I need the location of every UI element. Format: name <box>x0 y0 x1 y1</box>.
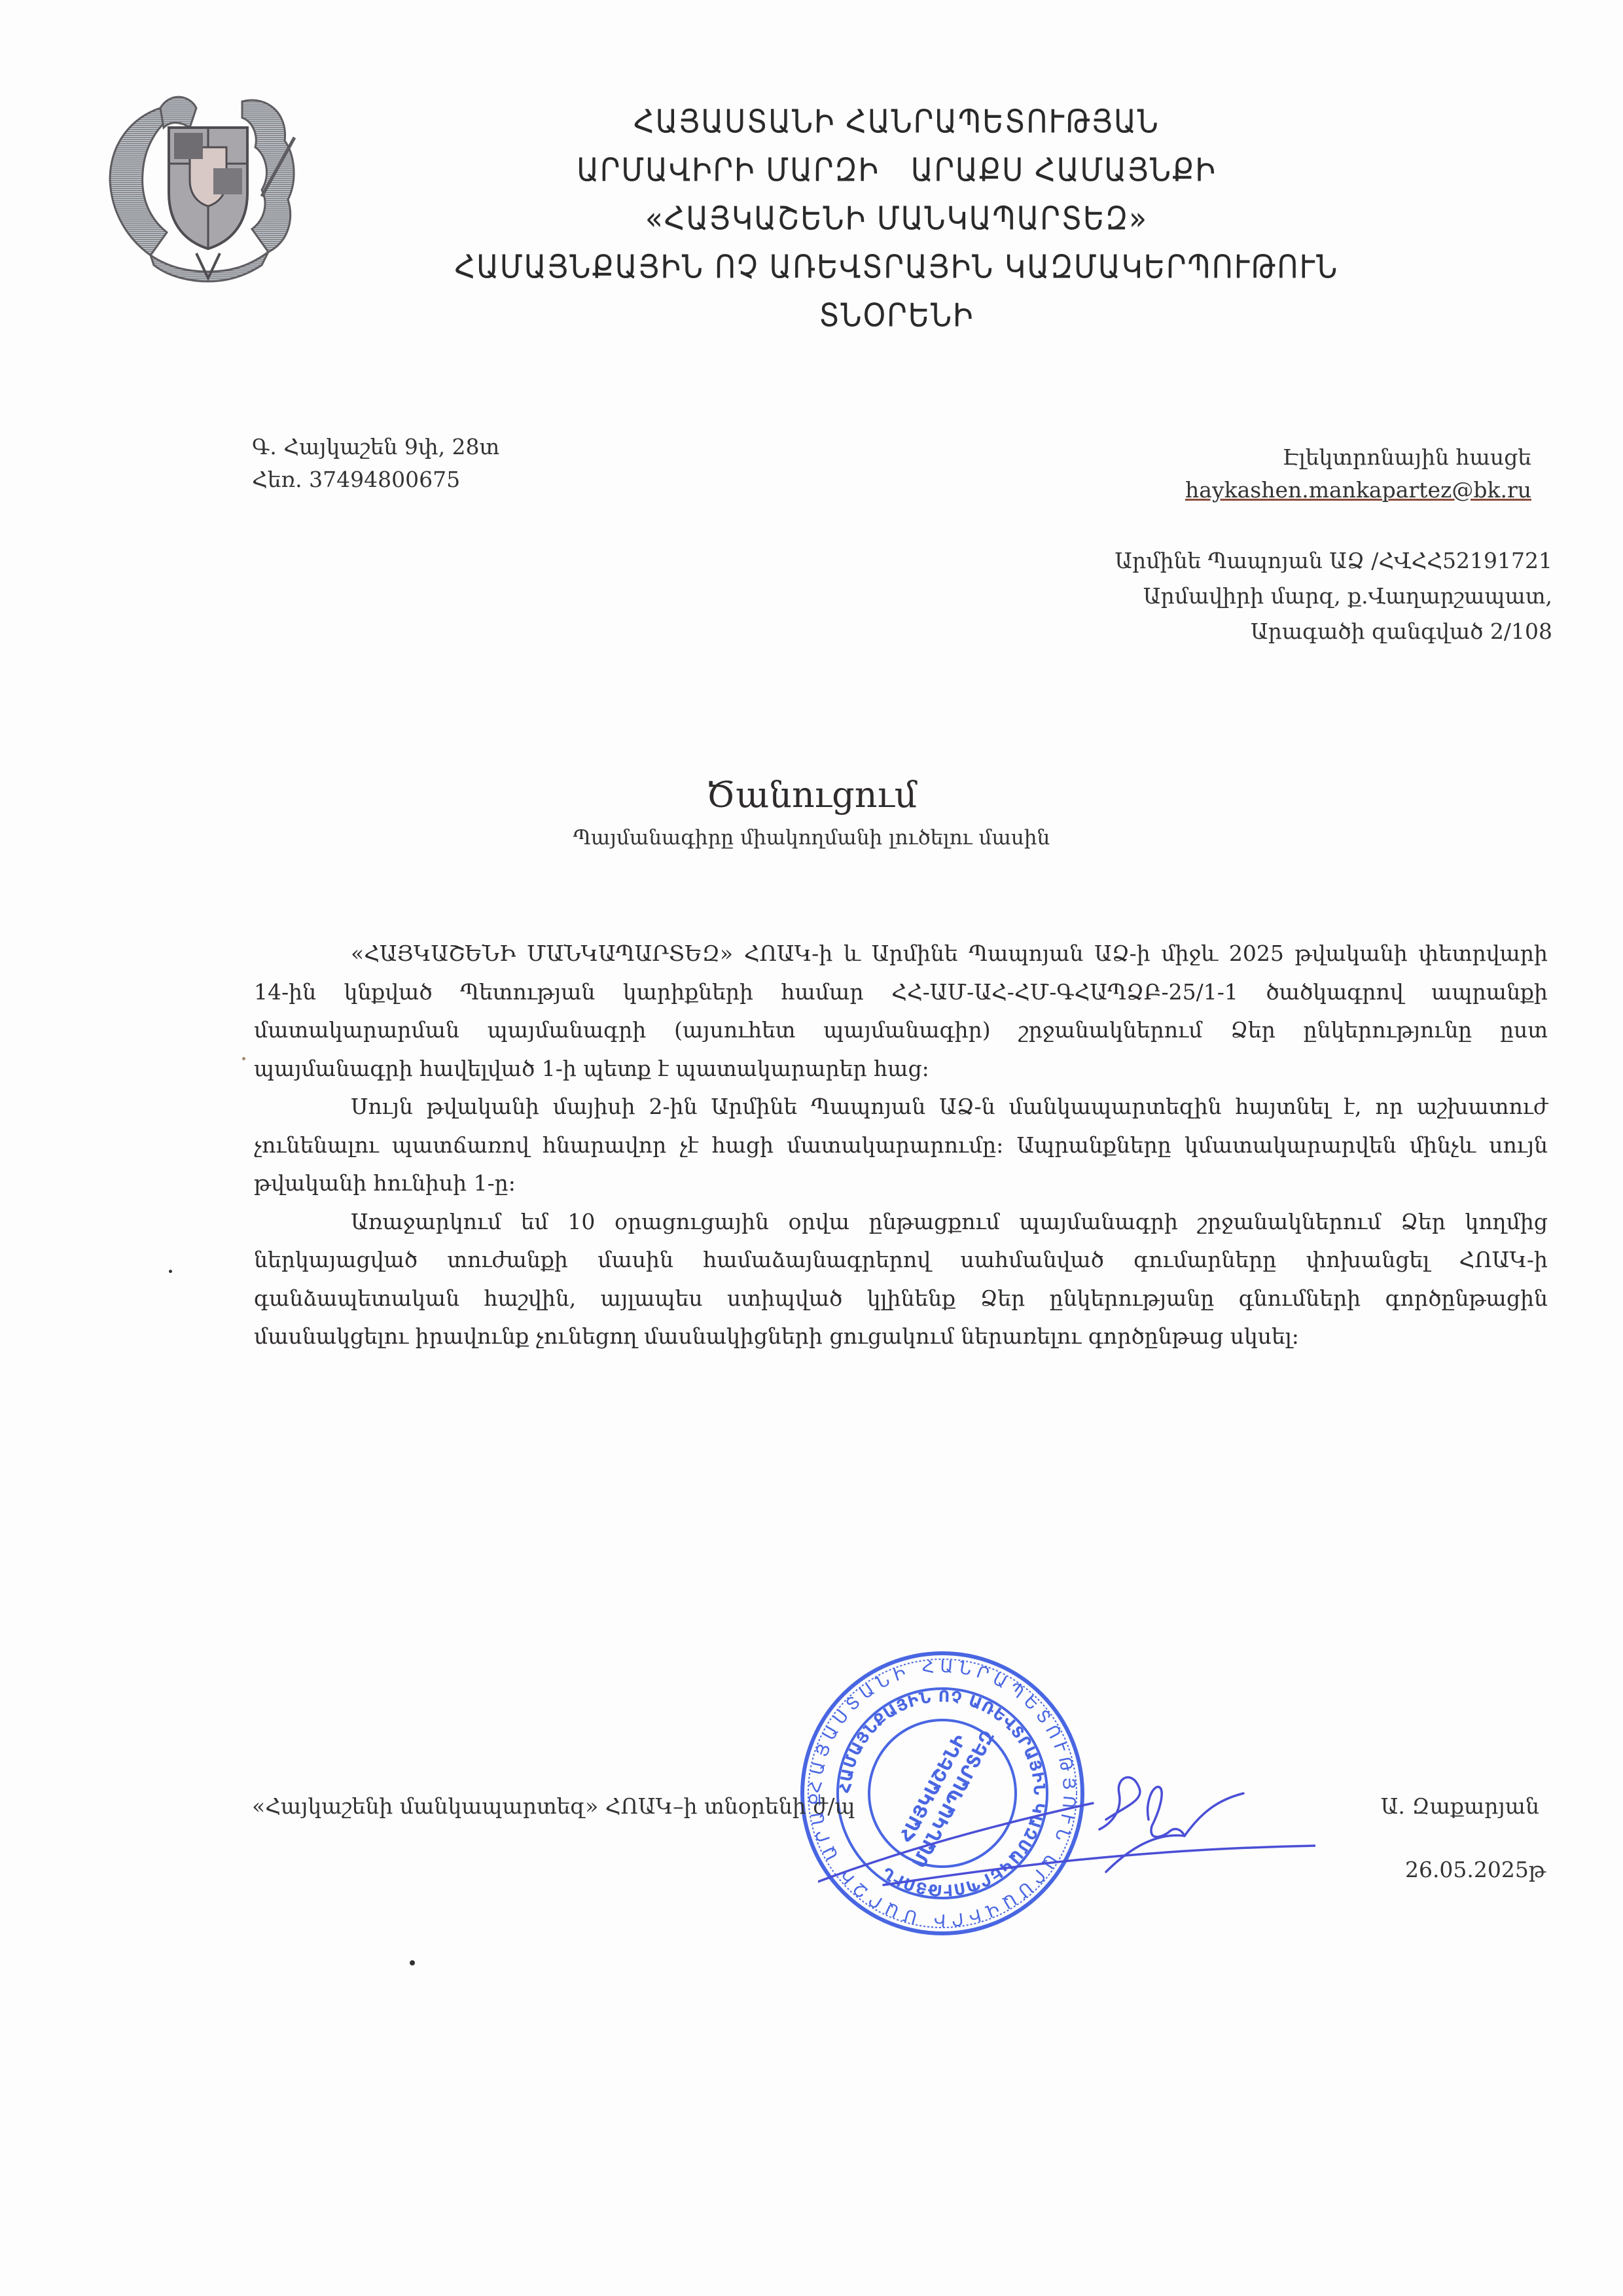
organization-header: ՀԱՅԱՍՏԱՆԻ ՀԱՆՐԱՊԵՏՈՒԹՅԱՆ ԱՐՄԱՎԻՐԻ ՄԱՐԶԻ … <box>366 98 1427 340</box>
header-line: ՏՆՕՐԵՆԻ <box>366 292 1427 340</box>
sender-email-block: Էլեկտրոնային հասցե haykashen.mankapartez… <box>1185 441 1531 507</box>
sender-contact: Գ. Հայկաշեն 9փ, 28տ Հեռ. 37494800675 <box>252 431 499 496</box>
armenia-coat-of-arms-icon <box>98 82 317 285</box>
email-link[interactable]: haykashen.mankapartez@bk.ru <box>1185 477 1531 503</box>
signatory-position: «Հայկաշենի մանկապարտեզ» ՀՈԱԿ–ի տնօրենի ժ… <box>252 1790 855 1823</box>
scan-speck <box>410 1960 415 1965</box>
header-line: «ՀԱՅԿԱՇԵՆԻ ՄԱՆԿԱՊԱՐՏԵԶ» <box>366 195 1427 243</box>
document-body: «ՀԱՅԿԱՇԵՆԻ ՄԱՆԿԱՊԱՐՏԵԶ» ՀՈԱԿ-ի և Արմինե … <box>254 935 1548 1356</box>
scan-speck <box>169 1270 172 1273</box>
signature-date: 26.05.2025թ <box>1405 1854 1546 1886</box>
sender-phone: Հեռ. 37494800675 <box>252 463 499 496</box>
recipient-line: Արմավիրի մարզ, ք.Վաղարշապատ, <box>1115 579 1552 614</box>
body-paragraph: Առաջարկում եմ 10 օրացուցային օրվա ընթացք… <box>254 1203 1548 1356</box>
signatory-name: Ա. Զաքարյան <box>1381 1790 1539 1823</box>
scan-speck <box>242 1057 245 1060</box>
document-title: Ծանուցում <box>0 772 1623 818</box>
sender-address: Գ. Հայկաշեն 9փ, 28տ <box>252 431 499 463</box>
handwritten-signature <box>818 1741 1315 1892</box>
recipient-block: Արմինե Պապոյան ԱՁ /ՀՎՀՀ52191721 Արմավիրի… <box>1115 543 1552 649</box>
body-paragraph: «ՀԱՅԿԱՇԵՆԻ ՄԱՆԿԱՊԱՐՏԵԶ» ՀՈԱԿ-ի և Արմինե … <box>254 935 1548 1088</box>
recipient-line: Արագածի զանգված 2/108 <box>1115 614 1552 649</box>
header-line: ԱՐՄԱՎԻՐԻ ՄԱՐԶԻ ԱՐԱՔՍ ՀԱՄԱՅՆՔԻ <box>366 147 1427 195</box>
header-line: ՀԱՄԱՅՆՔԱՅԻՆ ՈՉ ԱՌԵՎՏՐԱՅԻՆ ԿԱԶՄԱԿԵՐՊՈՒԹՈՒ… <box>366 243 1427 292</box>
body-paragraph: Սույն թվականի մայիսի 2-ին Արմինե Պապոյան… <box>254 1088 1548 1203</box>
recipient-line: Արմինե Պապոյան ԱՁ /ՀՎՀՀ52191721 <box>1115 543 1552 579</box>
email-label: Էլեկտրոնային հասցե <box>1185 441 1531 474</box>
document-subtitle: Պայմանագիրը միակողմանի լուծելու մասին <box>0 823 1623 852</box>
header-line: ՀԱՅԱՍՏԱՆԻ ՀԱՆՐԱՊԵՏՈՒԹՅԱՆ <box>366 98 1427 147</box>
